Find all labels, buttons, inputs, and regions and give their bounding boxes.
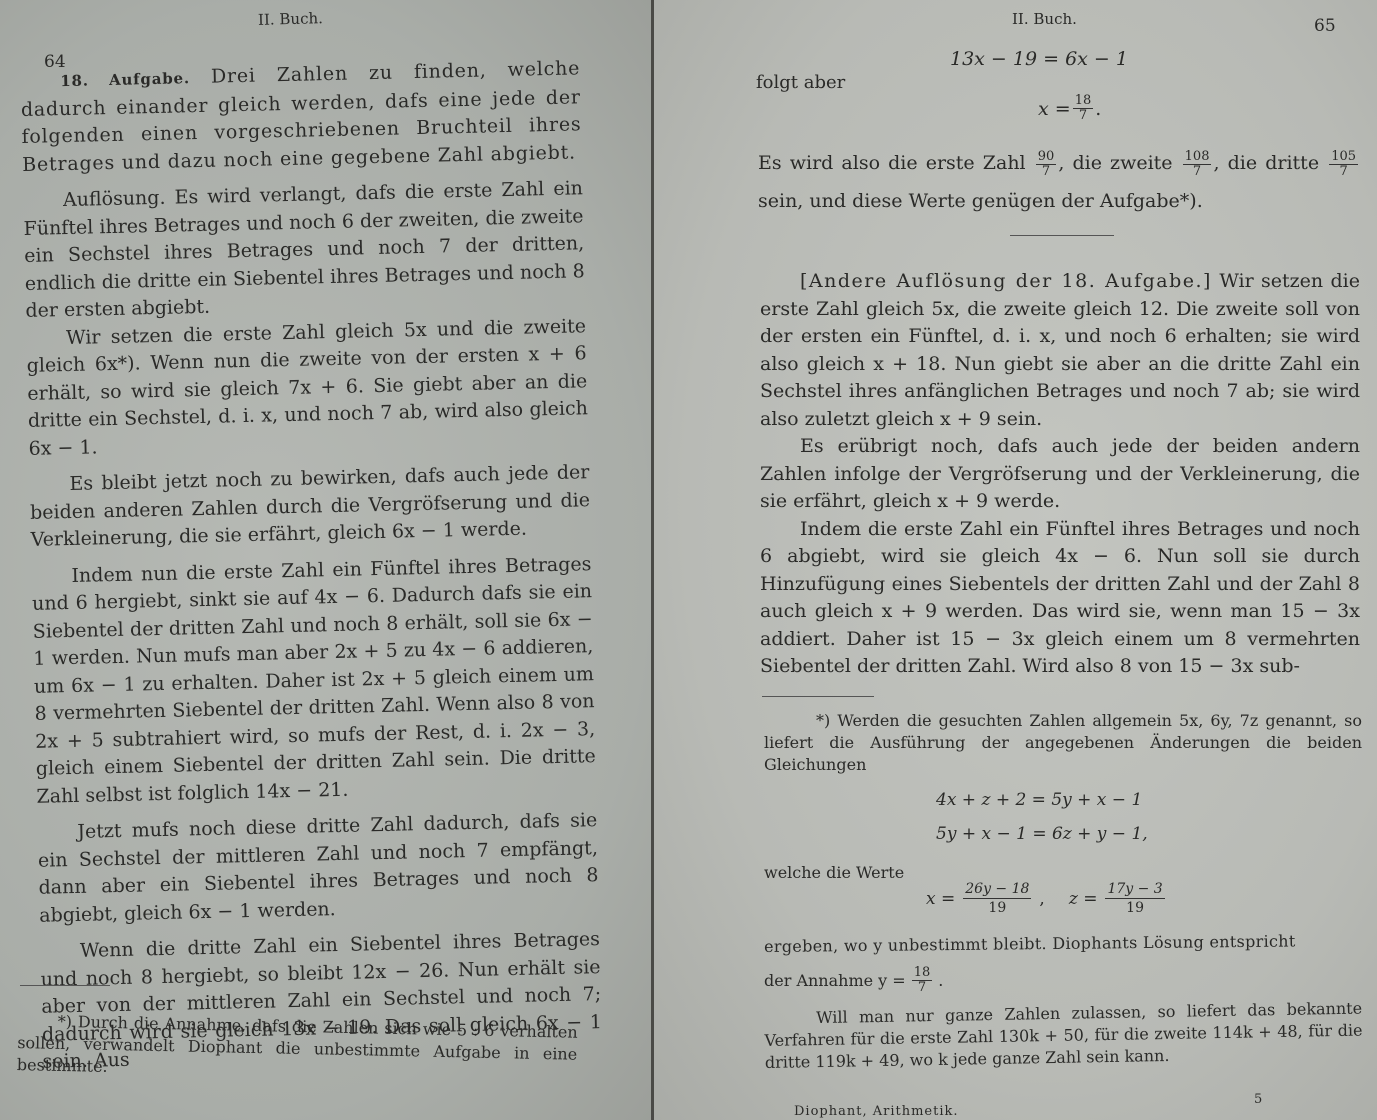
left-page: II. Buch. 64 18. Aufgabe. Drei Zahlen zu… — [0, 0, 652, 1120]
footnote-rule — [20, 985, 110, 986]
footnote-equation-b: 5y + x − 1 = 6z + y − 1, — [936, 824, 1148, 844]
problem-label: 18. Aufgabe. — [60, 69, 190, 90]
result-paragraph: Es wird also die erste Zahl 907, die zwe… — [758, 144, 1360, 220]
right-body: [Andere Auflösung der 18. Aufgabe.] Wir … — [760, 268, 1360, 681]
equation-2: x = 187 . — [1038, 94, 1101, 123]
paragraph: Es erübrigt noch, dafs auch jede der bei… — [760, 433, 1360, 516]
problem-statement: 18. Aufgabe. Drei Zahlen zu finden, welc… — [20, 55, 582, 179]
left-body: 18. Aufgabe. Drei Zahlen zu finden, welc… — [20, 55, 603, 1076]
footnote-left: *) Durch die Annahme, dafs die Zahlen si… — [17, 1010, 578, 1088]
paragraph: Es bleibt jetzt noch zu bewirken, dafs a… — [29, 459, 591, 554]
solution-paragraph: Auflösung. Es wird verlangt, dafs die er… — [23, 175, 586, 325]
running-header-left: II. Buch. — [258, 9, 323, 29]
right-page: II. Buch. 65 13x − 19 = 6x − 1 folgt abe… — [654, 0, 1377, 1120]
equation-1: 13x − 19 = 6x − 1 — [950, 48, 1128, 70]
text-folgt-aber: folgt aber — [756, 72, 845, 93]
paragraph: Wir setzen die erste Zahl gleich 5x und … — [26, 313, 589, 463]
text-welche: welche die Werte — [764, 862, 904, 884]
text-ergeben: ergeben, wo y unbestimmt bleibt. Diophan… — [764, 930, 1362, 958]
footnote-solutions: x = 26y − 1819 , z = 17y − 319 — [926, 880, 1167, 917]
footnote-rule — [762, 696, 874, 697]
fraction: 187 — [1073, 94, 1094, 123]
solution-label: Auflösung. — [63, 187, 166, 211]
section-rule — [1010, 235, 1114, 236]
footnote-annahme: der Annahme y = 187 . — [764, 966, 943, 995]
signature-mark: 5 — [1254, 1092, 1263, 1107]
footnote-equation-a: 4x + z + 2 = 5y + x − 1 — [936, 790, 1142, 810]
paragraph: Jetzt mufs noch diese dritte Zahl dadurc… — [37, 807, 599, 930]
signature-line: Diophant, Arithmetik. — [794, 1104, 958, 1119]
alt-solution-label: [Andere Auflösung der 18. Aufgabe.] — [800, 270, 1212, 292]
running-header-right: II. Buch. — [1012, 10, 1077, 28]
alt-solution-paragraph: [Andere Auflösung der 18. Aufgabe.] Wir … — [760, 268, 1360, 433]
paragraph: Indem nun die erste Zahl ein Fünftel ihr… — [31, 551, 596, 811]
page-number-right: 65 — [1314, 16, 1336, 36]
alt-solution-text: Wir setzen die erste Zahl gleich 5x, die… — [760, 270, 1360, 430]
footnote-intro: *) Werden die gesuchten Zahlen allgemein… — [764, 710, 1362, 776]
paragraph: Indem die erste Zahl ein Fünftel ihres B… — [760, 516, 1360, 681]
footnote-integers: Will man nur ganze Zahlen zulassen, so l… — [764, 998, 1363, 1074]
